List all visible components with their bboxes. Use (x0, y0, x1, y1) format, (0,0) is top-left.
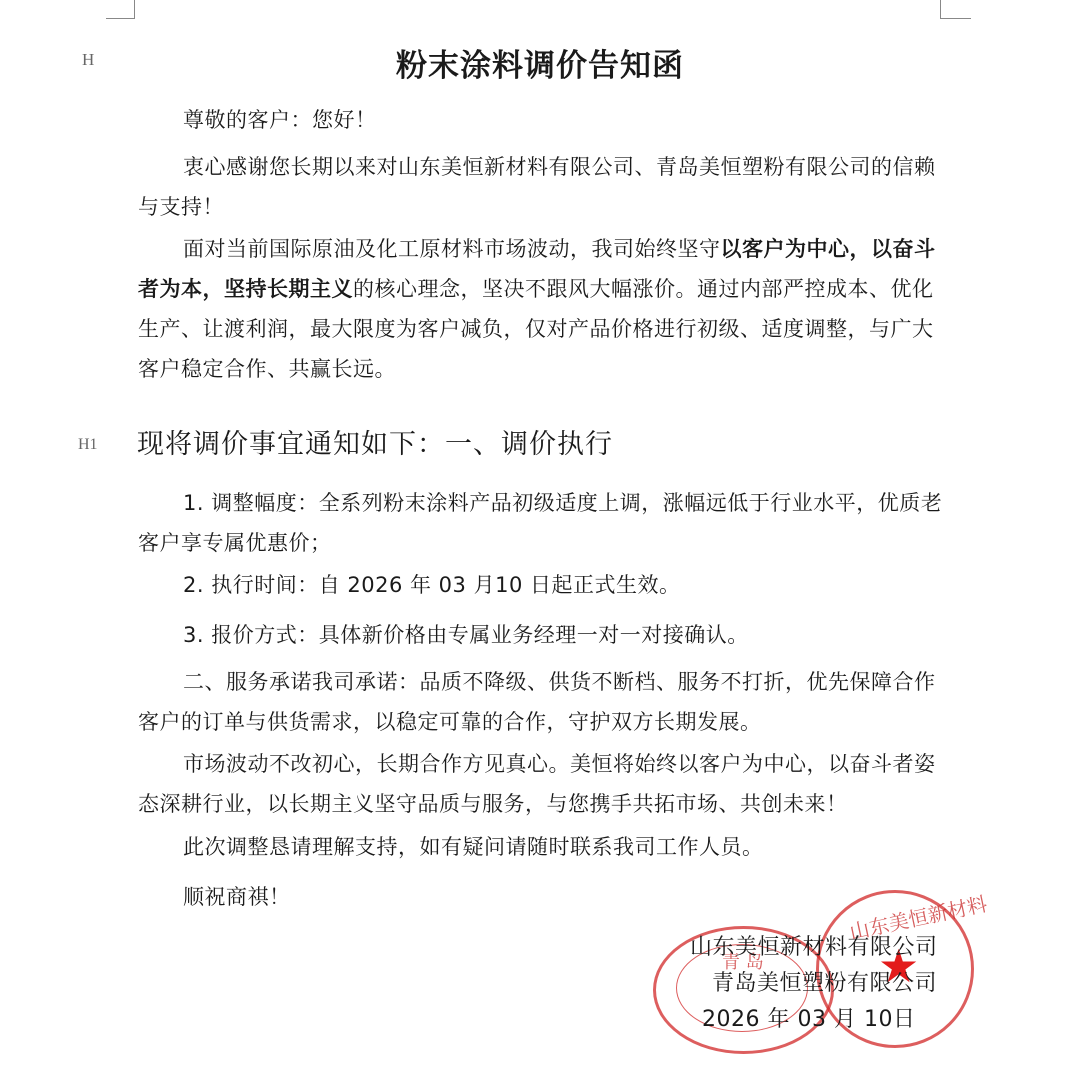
thanks-paragraph: 衷心感谢您长期以来对山东美恒新材料有限公司、青岛美恒塑粉有限公司的信赖与支持！ (138, 147, 948, 227)
para-text: 面对当前国际原油及化工原材料市场波动，我司始终坚守 (183, 237, 721, 261)
list-item-effective-date: 2. 执行时间：自 2026 年 03 月10 日起正式生效。 (183, 565, 680, 605)
page-corner-mark-top-left (106, 0, 135, 19)
partnership-paragraph: 市场波动不改初心，长期合作方见真心。美恒将始终以客户为中心，以奋斗者姿态深耕行业… (138, 744, 948, 824)
list-item-quotation: 3. 报价方式：具体新价格由专属业务经理一对一对接确认。 (183, 615, 749, 655)
greeting: 尊敬的客户：您好！ (183, 100, 377, 140)
contact-paragraph: 此次调整恳请理解支持，如有疑问请随时联系我司工作人员。 (183, 827, 764, 867)
document-title: 粉末涂料调价告知函 (0, 40, 1080, 85)
closing-salutation: 顺祝商祺！ (183, 877, 291, 917)
signature-company-2: 青岛美恒塑粉有限公司 (712, 966, 937, 997)
signature-date: 2026 年 03 月 10日 (702, 1002, 915, 1033)
signature-company-1: 山东美恒新材料有限公司 (690, 930, 938, 961)
page-corner-mark-top-right (940, 0, 971, 19)
section-heading: 现将调价事宜通知如下：一、调价执行 (137, 422, 613, 461)
list-item-adjustment: 1. 调整幅度：全系列粉末涂料产品初级适度上调，涨幅远低于行业水平，优质老客户享… (138, 483, 948, 563)
heading1-style-marker: H1 (78, 436, 98, 454)
philosophy-paragraph: 面对当前国际原油及化工原材料市场波动，我司始终坚守以客户为中心，以奋斗者为本，坚… (138, 229, 948, 389)
service-commitment-paragraph: 二、服务承诺我司承诺：品质不降级、供货不断档、服务不打折，优先保障合作客户的订单… (138, 662, 948, 742)
